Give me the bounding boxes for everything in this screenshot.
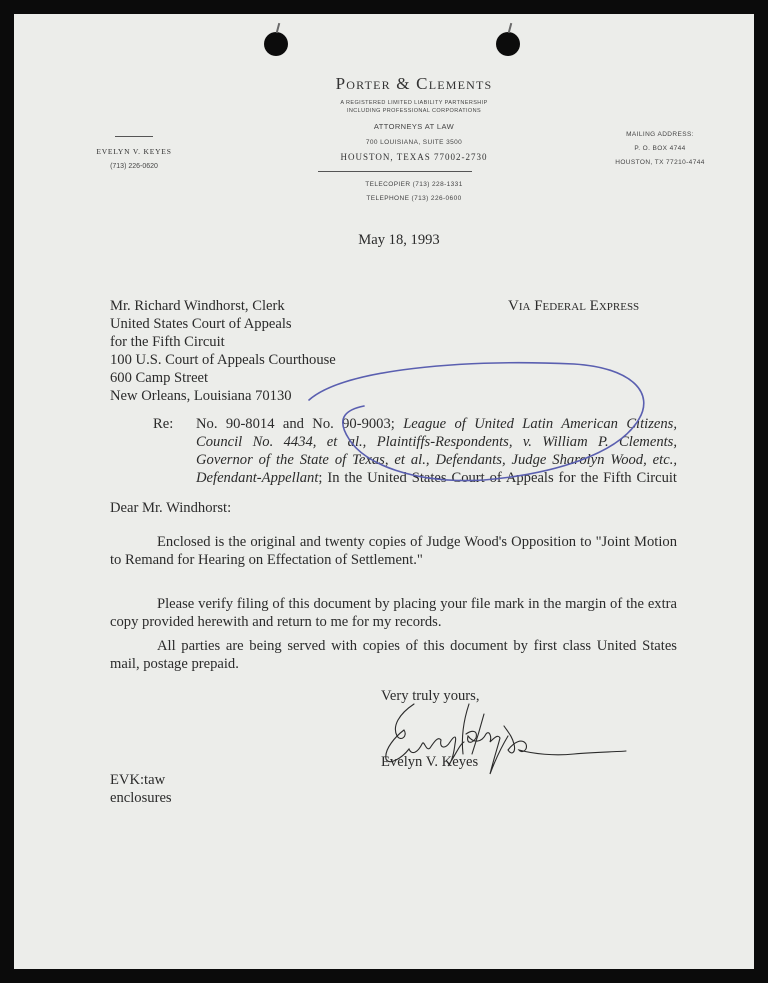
annotation-circle — [309, 363, 644, 481]
letter-page: Porter & Clements A REGISTERED LIMITED L… — [14, 14, 754, 969]
signature-icon — [14, 14, 754, 969]
